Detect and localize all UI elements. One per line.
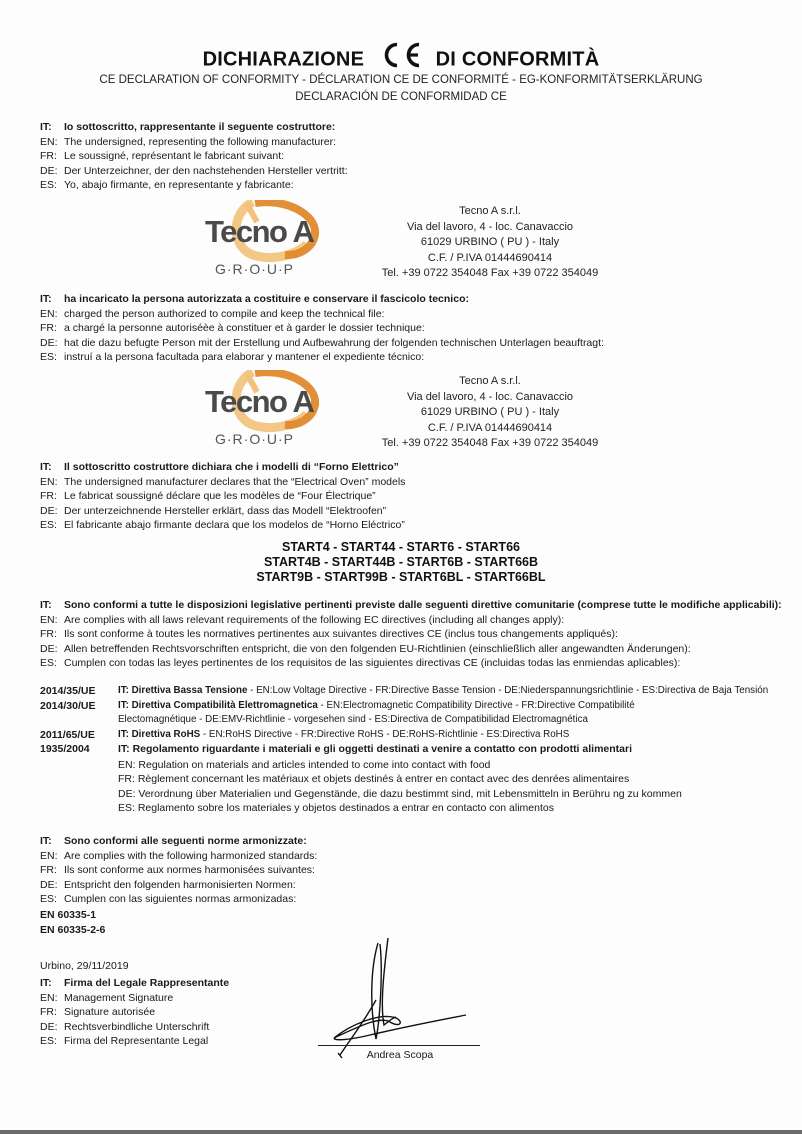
statement-line-de: DE:Entspricht den folgenden harmonisiert…: [40, 878, 317, 893]
directives-statement: IT:Sono conformi a tutte le disposizioni…: [40, 598, 782, 671]
statement-text: The undersigned, representing the follow…: [64, 135, 336, 150]
statement-line-it: IT:Firma del Legale Rappresentante: [40, 976, 229, 991]
company-city: 61029 URBINO ( PU ) - Italy: [345, 235, 635, 251]
statement-line-es: ES:Firma del Representante Legal: [40, 1034, 229, 1049]
statement-text: Cumplen con todas las leyes pertinentes …: [64, 656, 680, 671]
directive-code: 2014/35/UE: [40, 684, 118, 699]
svg-text:Tecno A: Tecno A: [205, 214, 314, 249]
signature-statement: IT:Firma del Legale RappresentanteEN:Man…: [40, 976, 229, 1049]
statement-text: Are complies with all laws relevant requ…: [64, 613, 564, 628]
statement-line-fr: FR:Le fabricat soussigné déclare que les…: [40, 489, 405, 504]
standard-item: EN 60335-1: [40, 908, 105, 923]
declaration-page: DICHIARAZIONE DI CONFORMITÀ CE DECLARATI…: [0, 0, 802, 1130]
directive-row: 2014/30/UEIT: Direttiva Compatibilità El…: [40, 699, 780, 728]
language-code: ES:: [40, 518, 64, 533]
company-address: Tecno A s.r.l. Via del lavoro, 4 - loc. …: [345, 204, 635, 282]
statement-line-it: IT:Il sottoscritto costruttore dichiara …: [40, 460, 405, 475]
svg-text:G·R·O·U·P: G·R·O·U·P: [215, 261, 294, 277]
title-right: DI CONFORMITÀ: [436, 48, 600, 70]
statement-text: Cumplen con las siguientes normas armoni…: [64, 892, 296, 907]
model-line: START4B - START44B - START6B - START66B: [0, 555, 802, 570]
statement-text: Il sottoscritto costruttore dichiara che…: [64, 460, 399, 475]
directive-description: IT: Regolamento riguardante i materiali …: [118, 742, 682, 816]
statement-text: hat die dazu befugte Person mit der Erst…: [64, 336, 604, 351]
language-code: FR:: [40, 1005, 64, 1020]
signature-line: [318, 1045, 480, 1046]
model-line: START4 - START44 - START6 - START66: [0, 540, 802, 555]
company-phone: Tel. +39 0722 354048 Fax +39 0722 354049: [345, 436, 635, 452]
directive-translations: - EN:Electromagnetic Compatibility Direc…: [318, 700, 635, 711]
company-address: Tecno A s.r.l. Via del lavoro, 4 - loc. …: [345, 374, 635, 452]
statement-line-de: DE:Rechtsverbindliche Unterschrift: [40, 1020, 229, 1035]
directive-row: 2014/35/UEIT: Direttiva Bassa Tensione -…: [40, 684, 780, 699]
statement-text: Allen betreffenden Rechtsvorschriften en…: [64, 642, 691, 657]
statement-line-es: ES:Yo, abajo firmante, en representante …: [40, 178, 348, 193]
statement-line-de: DE:Der Unterzeichner, der den nachstehen…: [40, 164, 348, 179]
regulation-translation: EN: Regulation on materials and articles…: [118, 758, 682, 773]
language-code: EN:: [40, 307, 64, 322]
company-vat: C.F. / P.IVA 01444690414: [345, 251, 635, 267]
model-list: START4 - START44 - START6 - START66 STAR…: [0, 540, 802, 585]
statement-text: Le soussigné, représentant le fabricant …: [64, 149, 284, 164]
statement-text: Der unterzeichnende Hersteller erklärt, …: [64, 504, 386, 519]
statement-text: Yo, abajo firmante, en representante y f…: [64, 178, 294, 193]
directive-row: 2011/65/UEIT: Direttiva RoHS - EN:RoHS D…: [40, 728, 780, 743]
language-code: DE:: [40, 1020, 64, 1035]
directive-translations: - EN:Low Voltage Directive - FR:Directiv…: [247, 685, 768, 696]
language-code: DE:: [40, 164, 64, 179]
language-code: EN:: [40, 475, 64, 490]
language-code: IT:: [40, 120, 64, 135]
regulation-translation: ES: Reglamento sobre los materiales y ob…: [118, 801, 682, 816]
language-code: ES:: [40, 656, 64, 671]
statement-text: a chargé la personne autoriséèe à consti…: [64, 321, 425, 336]
statement-text: Der Unterzeichner, der den nachstehenden…: [64, 164, 348, 179]
directive-description: IT: Direttiva Compatibilità Elettromagne…: [118, 699, 635, 728]
language-code: IT:: [40, 598, 64, 613]
statement-text: Firma del Representante Legal: [64, 1034, 208, 1049]
statement-text: Firma del Legale Rappresentante: [64, 976, 229, 991]
ce-mark-icon: [378, 42, 422, 74]
place-and-date: Urbino, 29/11/2019: [40, 960, 129, 972]
technical-file-statement: IT:ha incaricato la persona autorizzata …: [40, 292, 604, 365]
statement-text: Io sottoscritto, rappresentante il segue…: [64, 120, 335, 135]
statement-line-en: EN:The undersigned, representing the fol…: [40, 135, 348, 150]
statement-line-de: DE:Allen betreffenden Rechtsvorschriften…: [40, 642, 782, 657]
directive-translations: - EN:RoHS Directive - FR:Directive RoHS …: [200, 729, 569, 740]
title-left: DICHIARAZIONE: [203, 48, 365, 70]
statement-line-es: ES:El fabricante abajo firmante declara …: [40, 518, 405, 533]
statement-text: Le fabricat soussigné déclare que les mo…: [64, 489, 376, 504]
language-code: ES:: [40, 350, 64, 365]
company-phone: Tel. +39 0722 354048 Fax +39 0722 354049: [345, 266, 635, 282]
subtitle-line-2: DECLARACIÓN DE CONFORMIDAD CE: [0, 89, 802, 106]
statement-line-en: EN:charged the person authorized to comp…: [40, 307, 604, 322]
manufacturer-statement: IT:Io sottoscritto, rappresentante il se…: [40, 120, 348, 193]
language-code: ES:: [40, 178, 64, 193]
regulation-translation: FR: Règlement concernant les matériaux e…: [118, 772, 682, 787]
language-code: EN:: [40, 135, 64, 150]
company-city: 61029 URBINO ( PU ) - Italy: [345, 405, 635, 421]
statement-text: instruí a la persona facultada para elab…: [64, 350, 424, 365]
statement-text: Are complies with the following harmoniz…: [64, 849, 317, 864]
svg-text:G·R·O·U·P: G·R·O·U·P: [215, 431, 294, 447]
statement-line-fr: FR:Le soussigné, représentant le fabrica…: [40, 149, 348, 164]
statement-line-de: DE:hat die dazu befugte Person mit der E…: [40, 336, 604, 351]
statement-text: Sono conformi a tutte le disposizioni le…: [64, 598, 782, 613]
language-code: ES:: [40, 1034, 64, 1049]
language-code: DE:: [40, 642, 64, 657]
statement-line-es: ES:Cumplen con las siguientes normas arm…: [40, 892, 317, 907]
language-code: FR:: [40, 627, 64, 642]
statement-line-en: EN:Are complies with all laws relevant r…: [40, 613, 782, 628]
company-name: Tecno A s.r.l.: [345, 204, 635, 220]
tecno-a-logo: Tecno A G·R·O·U·P: [195, 370, 335, 455]
directive-title-it: IT: Regolamento riguardante i materiali …: [118, 743, 632, 755]
manufacturer-company-block: Tecno A G·R·O·U·P Tecno A s.r.l. Via del…: [195, 200, 635, 290]
statement-line-fr: FR:Ils sont conforme à toutes les normat…: [40, 627, 782, 642]
language-code: IT:: [40, 834, 64, 849]
statement-text: ha incaricato la persona autorizzata a c…: [64, 292, 469, 307]
statement-line-fr: FR:Ils sont conforme aux normes harmonis…: [40, 863, 317, 878]
language-code: FR:: [40, 863, 64, 878]
directive-description: IT: Direttiva Bassa Tensione - EN:Low Vo…: [118, 684, 768, 699]
statement-line-it: IT:Sono conformi alle seguenti norme arm…: [40, 834, 317, 849]
statement-line-en: EN:Are complies with the following harmo…: [40, 849, 317, 864]
language-code: DE:: [40, 504, 64, 519]
directive-title-it: IT: Direttiva Bassa Tensione: [118, 685, 247, 696]
language-code: IT:: [40, 976, 64, 991]
language-code: EN:: [40, 849, 64, 864]
statement-line-en: EN:Management Signature: [40, 991, 229, 1006]
language-code: EN:: [40, 613, 64, 628]
statement-text: charged the person authorized to compile…: [64, 307, 384, 322]
language-code: IT:: [40, 292, 64, 307]
models-statement: IT:Il sottoscritto costruttore dichiara …: [40, 460, 405, 533]
technical-file-company-block: Tecno A G·R·O·U·P Tecno A s.r.l. Via del…: [195, 370, 635, 460]
statement-text: Rechtsverbindliche Unterschrift: [64, 1020, 209, 1035]
directives-list: 2014/35/UEIT: Direttiva Bassa Tensione -…: [40, 684, 780, 816]
statement-line-es: ES:Cumplen con todas las leyes pertinent…: [40, 656, 782, 671]
directive-title-it: IT: Direttiva Compatibilità Elettromagne…: [118, 700, 318, 711]
language-code: DE:: [40, 878, 64, 893]
language-code: FR:: [40, 321, 64, 336]
statement-text: The undersigned manufacturer declares th…: [64, 475, 405, 490]
subtitle-line-1: CE DECLARATION OF CONFORMITY - DÉCLARATI…: [0, 72, 802, 89]
statement-text: Management Signature: [64, 991, 173, 1006]
page-bottom-edge: [0, 1130, 802, 1134]
company-street: Via del lavoro, 4 - loc. Canavaccio: [345, 220, 635, 236]
statement-line-it: IT:ha incaricato la persona autorizzata …: [40, 292, 604, 307]
directive-code: 2011/65/UE: [40, 728, 118, 743]
statement-line-es: ES:instruí a la persona facultada para e…: [40, 350, 604, 365]
statement-text: Sono conformi alle seguenti norme armoni…: [64, 834, 307, 849]
tecno-a-logo: Tecno A G·R·O·U·P: [195, 200, 335, 285]
document-subtitle: CE DECLARATION OF CONFORMITY - DÉCLARATI…: [0, 72, 802, 106]
company-street: Via del lavoro, 4 - loc. Canavaccio: [345, 390, 635, 406]
regulation-translation: DE: Verordnung über Materialien und Gege…: [118, 787, 682, 802]
standards-statement: IT:Sono conformi alle seguenti norme arm…: [40, 834, 317, 907]
language-code: FR:: [40, 149, 64, 164]
language-code: IT:: [40, 460, 64, 475]
company-vat: C.F. / P.IVA 01444690414: [345, 421, 635, 437]
statement-line-en: EN:The undersigned manufacturer declares…: [40, 475, 405, 490]
statement-line-fr: FR:Signature autorisée: [40, 1005, 229, 1020]
svg-text:Tecno A: Tecno A: [205, 384, 314, 419]
statement-text: Ils sont conforme aux normes harmonisées…: [64, 863, 315, 878]
company-name: Tecno A s.r.l.: [345, 374, 635, 390]
directive-code: 2014/30/UE: [40, 699, 118, 728]
statement-text: Signature autorisée: [64, 1005, 155, 1020]
directive-code: 1935/2004: [40, 742, 118, 816]
statement-text: Entspricht den folgenden harmonisierten …: [64, 878, 296, 893]
statement-line-it: IT:Io sottoscritto, rappresentante il se…: [40, 120, 348, 135]
model-line: START9B - START99B - START6BL - START66B…: [0, 570, 802, 585]
signatory-name: Andrea Scopa: [330, 1049, 470, 1061]
directive-description: IT: Direttiva RoHS - EN:RoHS Directive -…: [118, 728, 569, 743]
standard-item: EN 60335-2-6: [40, 923, 105, 938]
language-code: DE:: [40, 336, 64, 351]
statement-line-it: IT:Sono conformi a tutte le disposizioni…: [40, 598, 782, 613]
statement-text: Ils sont conforme à toutes les normative…: [64, 627, 618, 642]
language-code: ES:: [40, 892, 64, 907]
statement-line-de: DE:Der unterzeichnende Hersteller erklär…: [40, 504, 405, 519]
statement-text: El fabricante abajo firmante declara que…: [64, 518, 405, 533]
statement-line-fr: FR:a chargé la personne autoriséèe à con…: [40, 321, 604, 336]
language-code: EN:: [40, 991, 64, 1006]
directive-translations-cont: Electomagnétique - DE:EMV-Richtlinie - v…: [118, 713, 635, 728]
language-code: FR:: [40, 489, 64, 504]
directive-row: 1935/2004IT: Regolamento riguardante i m…: [40, 742, 780, 816]
directive-title-it: IT: Direttiva RoHS: [118, 729, 200, 740]
standards-list: EN 60335-1 EN 60335-2-6: [40, 908, 105, 937]
